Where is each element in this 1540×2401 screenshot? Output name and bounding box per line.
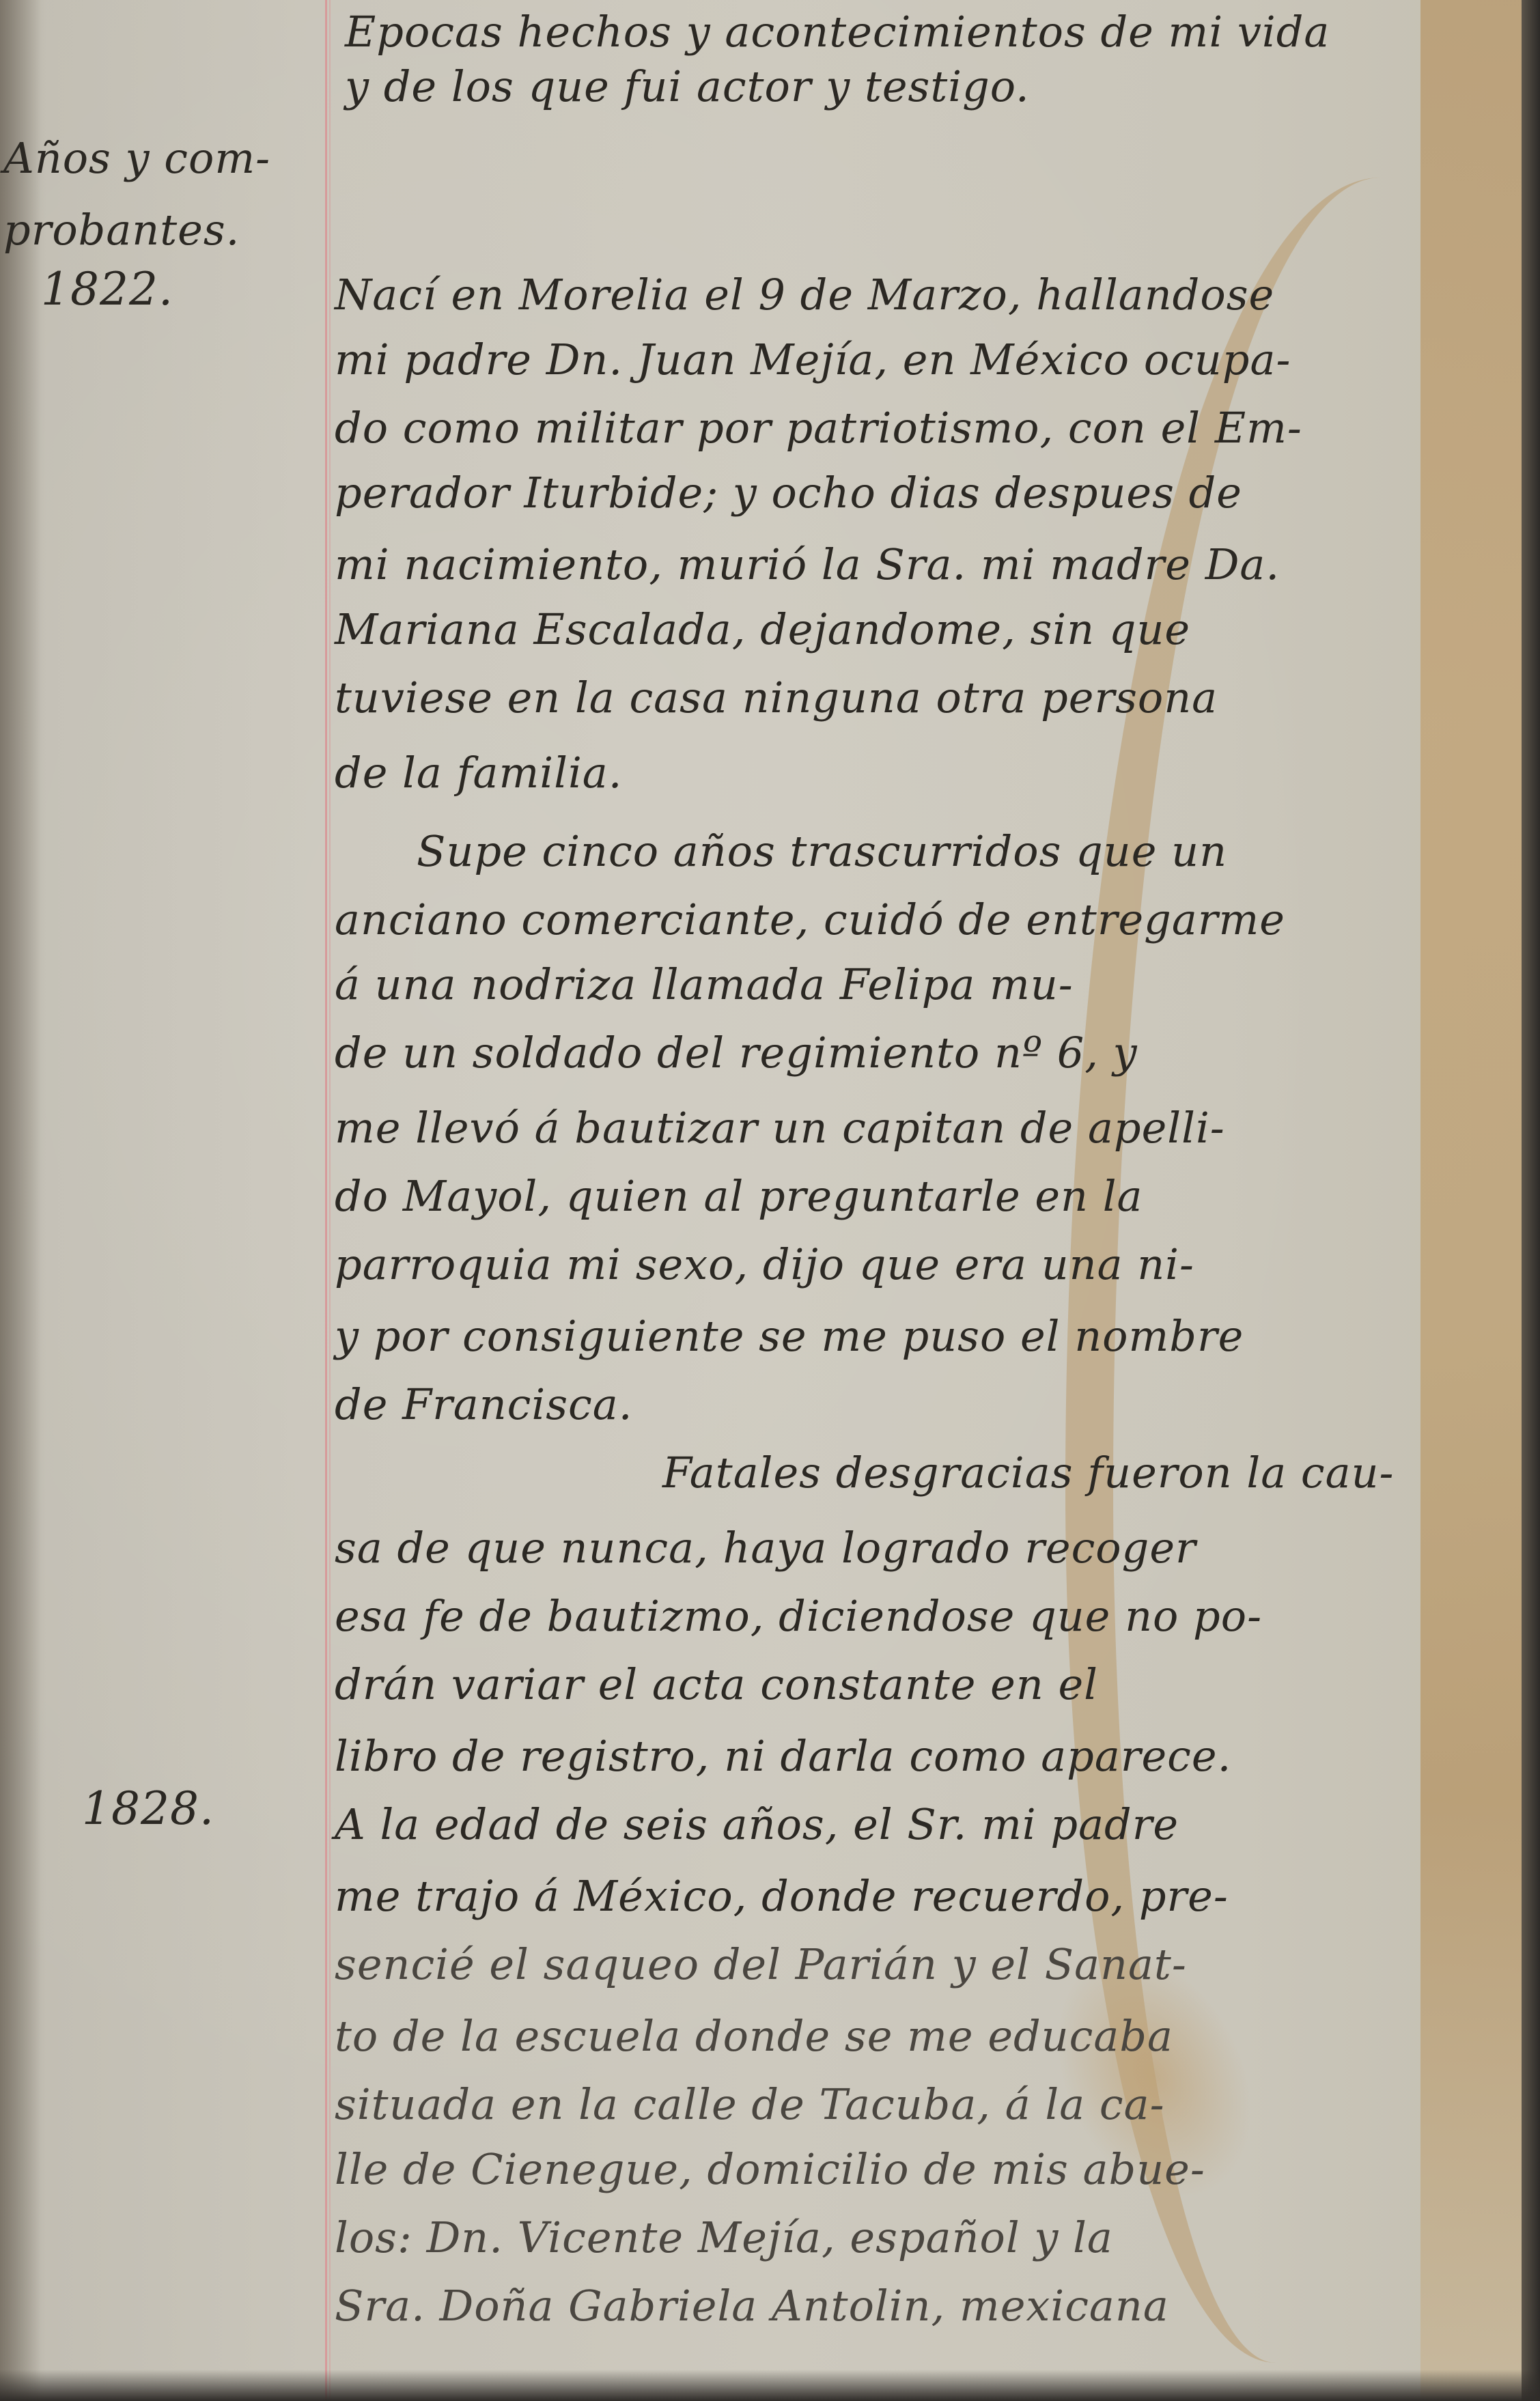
body-line: anciano comerciante, cuidó de entregarme [335, 895, 1285, 944]
body-line: me llevó á bautizar un capitan de apelli… [335, 1103, 1225, 1153]
margin-heading-line-2: probantes. [3, 205, 240, 255]
binding-shadow [0, 0, 41, 2401]
water-stain-edge [1420, 0, 1523, 2401]
margin-rule [325, 0, 327, 2401]
body-line: sencié el saqueo del Parián y el Sanat- [335, 1939, 1187, 1989]
body-line: drán variar el acta constante en el [335, 1659, 1098, 1709]
body-line-indented: Fatales desgracias fueron la cau- [662, 1448, 1394, 1498]
body-line: mi nacimiento, murió la Sra. mi madre Da… [335, 539, 1280, 589]
body-line: esa fe de bautizmo, diciendose que no po… [335, 1591, 1262, 1641]
torn-bottom-edge [0, 2370, 1540, 2401]
body-line: lle de Cienegue, domicilio de mis abue- [335, 2144, 1205, 2194]
margin-rule-secondary [329, 0, 331, 2401]
page-edge [1522, 0, 1540, 2401]
margin-heading-line-1: Años y com- [3, 133, 270, 183]
manuscript-page: Años y com- probantes. 1822. 1828. Epoca… [0, 0, 1540, 2401]
body-line: mi padre Dn. Juan Mejía, en México ocupa… [335, 335, 1291, 384]
body-line: perador Iturbide; y ocho dias despues de [335, 468, 1242, 518]
body-line: do Mayol, quien al preguntarle en la [335, 1171, 1143, 1221]
margin-year-1828: 1828. [82, 1782, 214, 1835]
body-line: Nací en Morelia el 9 de Marzo, hallandos… [335, 270, 1274, 320]
body-line: los: Dn. Vicente Mejía, español y la [335, 2213, 1113, 2262]
body-line-indented: Supe cinco años trascurridos que un [417, 826, 1227, 876]
body-line: to de la escuela donde se me educaba [335, 2011, 1173, 2061]
margin-year-1822: 1822. [41, 263, 173, 315]
body-line: de Francisca. [335, 1379, 632, 1429]
body-line: de un soldado del regimiento nº 6, y [335, 1028, 1138, 1078]
body-line: Mariana Escalada, dejandome, sin que [335, 604, 1190, 654]
body-line: Sra. Doña Gabriela Antolin, mexicana [335, 2281, 1169, 2331]
body-line: á una nodriza llamada Felipa mu- [335, 959, 1074, 1009]
body-line: tuviese en la casa ninguna otra persona [335, 673, 1218, 722]
body-line: situada en la calle de Tacuba, á la ca- [335, 2079, 1165, 2129]
body-line: libro de registro, ni darla como aparece… [335, 1731, 1231, 1781]
body-line: de la familia. [335, 748, 622, 798]
body-line: y por consiguiente se me puso el nombre [335, 1311, 1244, 1361]
title-line-2: y de los que fui actor y testigo. [345, 61, 1030, 111]
body-line: A la edad de seis años, el Sr. mi padre [335, 1799, 1179, 1849]
body-line: me trajo á México, donde recuerdo, pre- [335, 1871, 1229, 1921]
body-line: do como militar por patriotismo, con el … [335, 403, 1302, 453]
body-line: parroquia mi sexo, dijo que era una ni- [335, 1239, 1194, 1289]
title-line-1: Epocas hechos y acontecimientos de mi vi… [345, 7, 1330, 57]
body-line: sa de que nunca, haya logrado recoger [335, 1523, 1196, 1573]
